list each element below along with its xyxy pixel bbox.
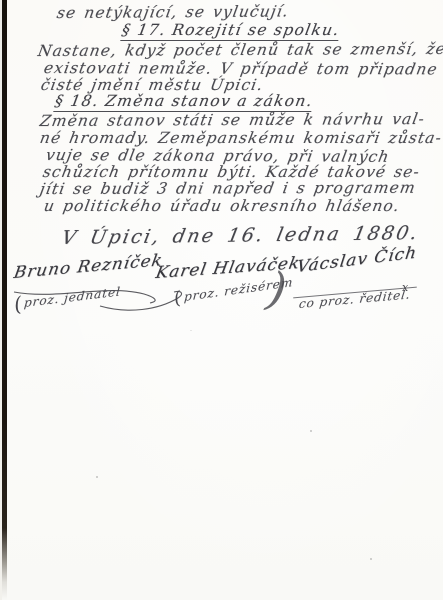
- handwritten-line: u politického úřadu okresního hlášeno.: [42, 197, 401, 215]
- scan-edge: [2, 0, 7, 600]
- paper-speck: [370, 558, 372, 560]
- dateline: V Úpici, dne 16. ledna 1880.: [60, 222, 421, 249]
- signature-name-1: Bruno Rezníček: [12, 250, 164, 282]
- handwritten-line: jíti se budiž 3 dni napřed i s programem: [38, 179, 417, 198]
- handwritten-line: Nastane, když počet členů tak se zmenší,…: [36, 40, 443, 60]
- paper-speck: [310, 430, 312, 432]
- section-18-heading: § 18. Změna stanov a zákon.: [53, 92, 314, 112]
- handwritten-line: Změna stanov státi se může k návrhu val-: [38, 110, 426, 130]
- paper-speck: [190, 330, 192, 331]
- document-page: se netýkající, se vylučují. § 17. Rozeji…: [0, 0, 443, 600]
- paper-speck: [96, 476, 98, 478]
- handwritten-line: né hromady. Zeměpanskému komisaři zůsta-: [38, 129, 443, 147]
- signature-name-3: Vácslav Čích: [296, 243, 418, 276]
- handwritten-line-continuation: se netýkající, se vylučují.: [55, 2, 290, 22]
- section-17-heading: § 17. Rozejití se spolku.: [120, 21, 341, 41]
